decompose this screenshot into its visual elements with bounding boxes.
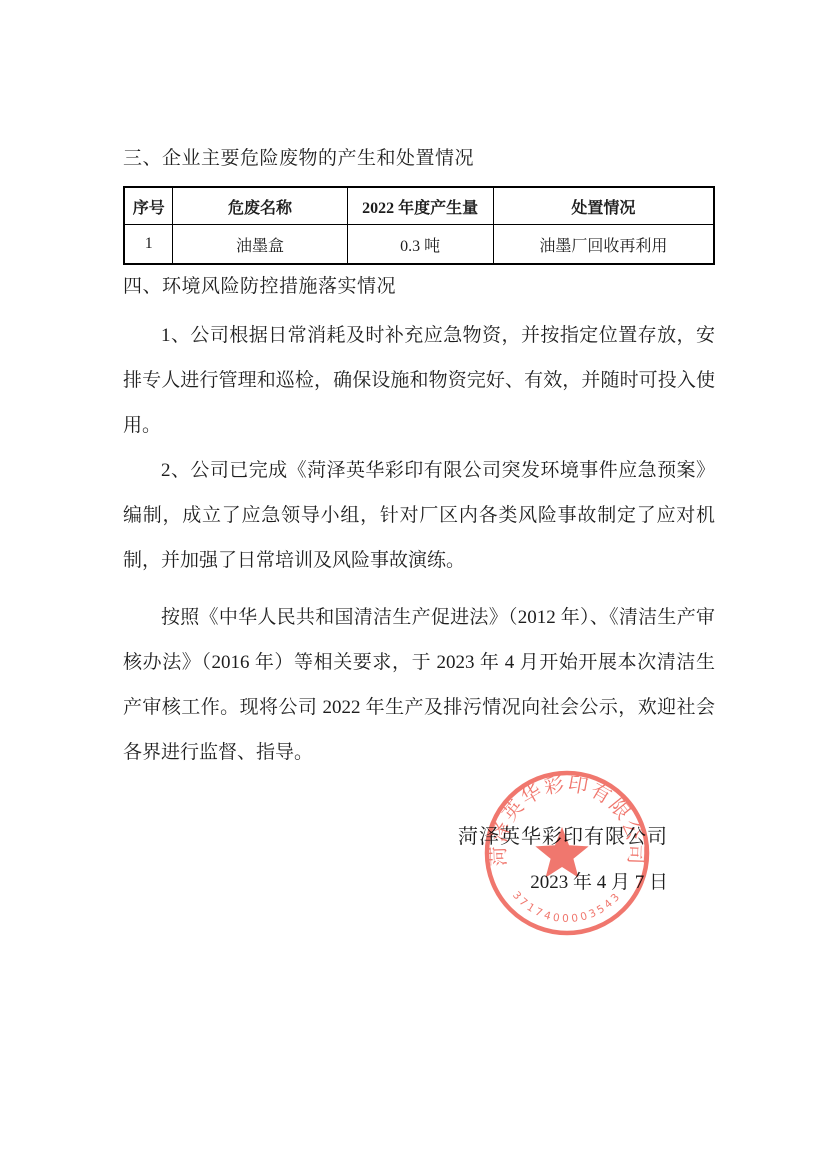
table-header-row: 序号 危废名称 2022 年度产生量 处置情况 (124, 187, 714, 225)
section3-title: 三、企业主要危险废物的产生和处置情况 (123, 146, 715, 172)
paragraph-closing: 按照《中华人民共和国清洁生产促进法》（2012 年）、《清洁生产审核办法》（20… (123, 595, 715, 775)
hazardous-waste-table: 序号 危废名称 2022 年度产生量 处置情况 1 油墨盒 0.3 吨 油墨厂回… (123, 186, 715, 265)
section4-title: 四、环境风险防控措施落实情况 (123, 274, 715, 300)
cell-disposal: 油墨厂回收再利用 (493, 225, 714, 265)
cell-output-2022: 0.3 吨 (347, 225, 493, 265)
seal-number: 3717400003543 (510, 889, 624, 925)
col-header-disposal: 处置情况 (493, 187, 714, 225)
col-header-output-2022: 2022 年度产生量 (347, 187, 493, 225)
col-header-index: 序号 (124, 187, 173, 225)
paragraph-emergency-plan: 2、公司已完成《菏泽英华彩印有限公司突发环境事件应急预案》编制，成立了应急领导小… (123, 448, 715, 583)
document-content: 三、企业主要危险废物的产生和处置情况 序号 危废名称 2022 年度产生量 处置… (123, 146, 715, 775)
seal-star-icon (535, 827, 588, 878)
table-row: 1 油墨盒 0.3 吨 油墨厂回收再利用 (124, 225, 714, 265)
col-header-waste-name: 危废名称 (173, 187, 347, 225)
document-page: 三、企业主要危险废物的产生和处置情况 序号 危废名称 2022 年度产生量 处置… (0, 0, 827, 1169)
company-seal: 菏泽英华彩印有限公司 3717400003543 (477, 763, 657, 943)
cell-index: 1 (124, 225, 173, 265)
cell-waste-name: 油墨盒 (173, 225, 347, 265)
paragraph-emergency-supplies: 1、公司根据日常消耗及时补充应急物资，并按指定位置存放，安排专人进行管理和巡检，… (123, 313, 715, 448)
